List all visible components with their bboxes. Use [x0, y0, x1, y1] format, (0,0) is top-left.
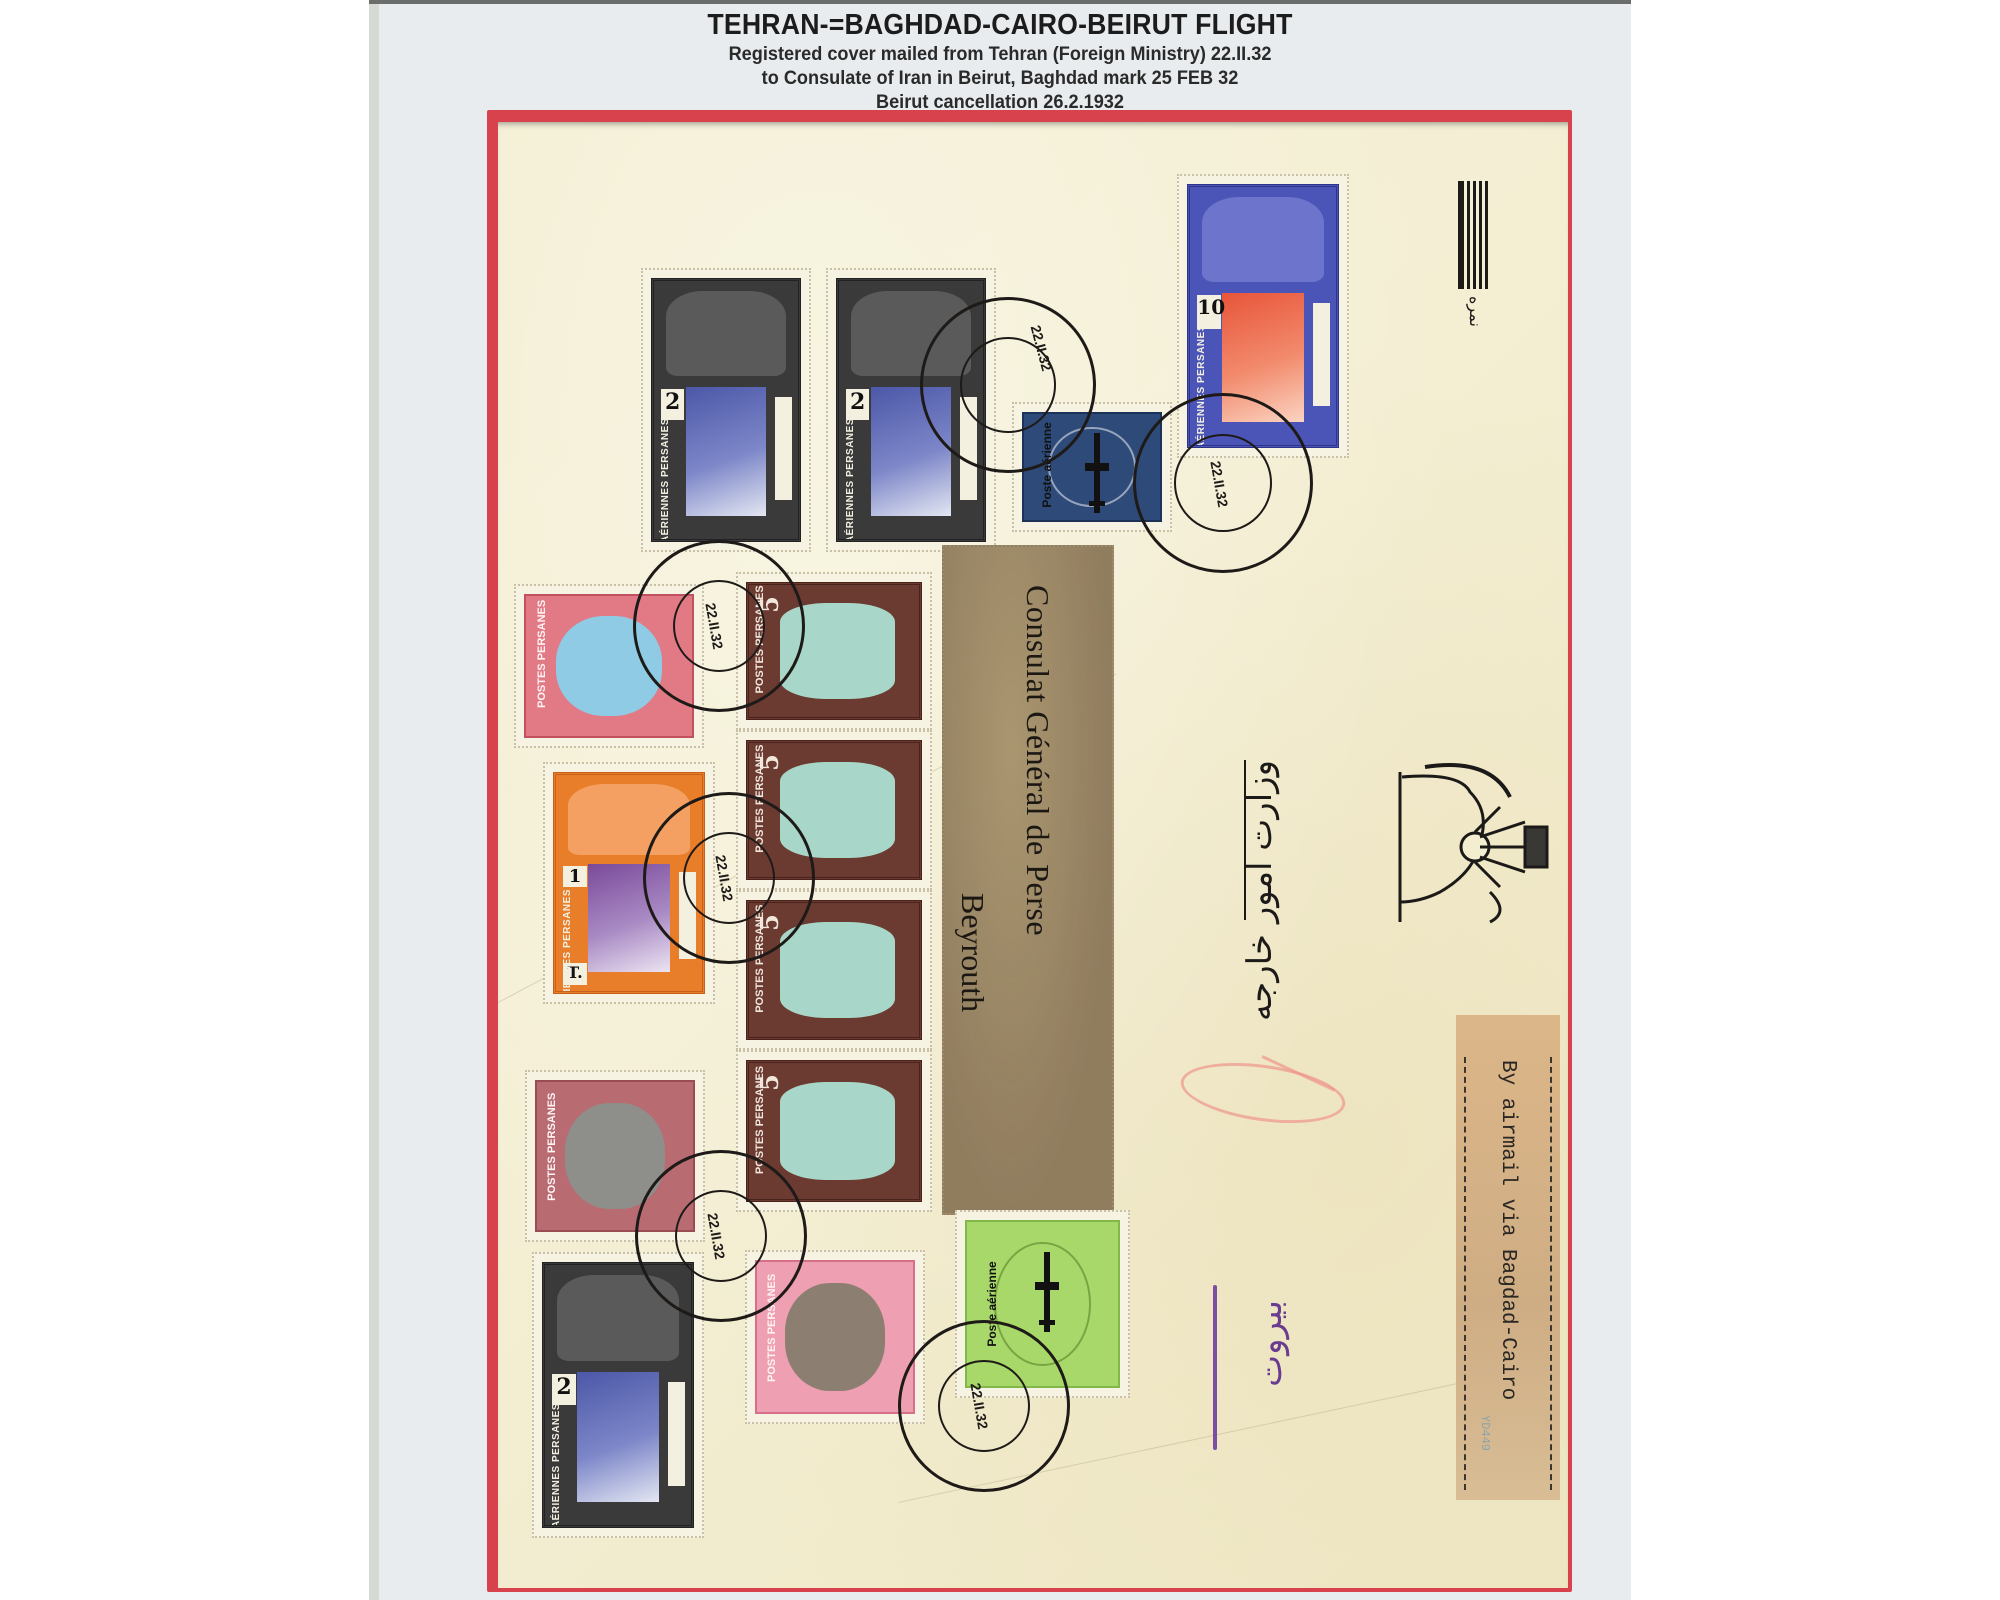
postmark-tehran: 22.II.32 — [920, 297, 1096, 473]
registration-persian-text: نمره — [1465, 296, 1484, 327]
ministry-persian-text: وزارت امور خارجه — [1240, 760, 1280, 1021]
stamp-value: 2 — [661, 389, 684, 420]
airplane-overprint-icon — [1035, 1252, 1059, 1332]
stamp-inscription: POSTES AÉRIENNES PERSANES — [845, 418, 856, 542]
portrait-icon — [1202, 197, 1325, 282]
postmark-tehran: 22.II.32 — [633, 540, 805, 712]
airmail-routing-text: By airmail via Bagdad-Cairo — [1496, 1060, 1519, 1400]
portrait-icon — [780, 1082, 896, 1180]
addressee-underline — [1213, 1285, 1217, 1450]
album-page-edge — [369, 0, 1631, 4]
consulate-name: Consulat Général de Perse — [1019, 585, 1056, 936]
addressee-persian-text: بیروت — [1250, 1300, 1290, 1387]
persian-inscription — [668, 1382, 686, 1486]
page-title: TEHRAN-=BAGHDAD-CAIRO-BEIRUT FLIGHT — [595, 8, 1405, 42]
description-line-1: Registered cover mailed from Tehran (For… — [591, 42, 1409, 66]
description-line-2: to Consulate of Iran in Beirut, Baghdad … — [591, 66, 1409, 90]
postmark-tehran: 22.II.32 — [643, 792, 815, 964]
stamp-value: 2 — [846, 389, 869, 420]
airmail-routing-label: By airmail via Bagdad-Cairo YD449 — [1456, 1015, 1560, 1500]
persian-inscription — [775, 397, 792, 500]
stamp-inscription: POSTES AÉRIENNES PERSANES — [551, 1403, 562, 1528]
consulate-address-label: Consulat Général de Perse Beyrouth — [942, 545, 1114, 1215]
stamp-inscription: POSTES AÉRIENNES PERSANES — [562, 889, 573, 994]
stamp-value: 1 — [563, 866, 586, 888]
postmark-tehran: 22.II.32 — [898, 1320, 1070, 1492]
consulate-city: Beyrouth — [954, 893, 991, 1012]
airmail-serial-number: YD449 — [1478, 1415, 1492, 1451]
lion-and-sun-emblem-icon — [1340, 752, 1555, 942]
portrait-icon — [785, 1283, 885, 1391]
stamp-airmail-2krs[interactable]: 2 POSTES AÉRIENNES PERSANES — [641, 268, 811, 552]
stamp-inscription: POSTES PERSANES — [546, 1112, 558, 1201]
persian-inscription — [1313, 303, 1331, 406]
airplane-scene-icon — [577, 1372, 659, 1502]
airplane-scene-icon — [686, 387, 767, 516]
postmark-tehran: 22.II.32 — [635, 1150, 807, 1322]
portrait-icon — [780, 922, 896, 1019]
stamp-inscription: POSTES PERSANES — [536, 624, 548, 708]
stamp-inscription: POSTES AÉRIENNES PERSANES — [660, 418, 671, 542]
airplane-overprint-icon — [1085, 433, 1109, 513]
postmark-tehran: 22.II.32 — [1133, 393, 1313, 573]
portrait-icon — [666, 291, 787, 376]
stamp-value: 2 — [552, 1374, 575, 1405]
registration-bars-icon — [1458, 181, 1488, 289]
page-header: TEHRAN-=BAGHDAD-CAIRO-BEIRUT FLIGHT Regi… — [560, 8, 1440, 114]
